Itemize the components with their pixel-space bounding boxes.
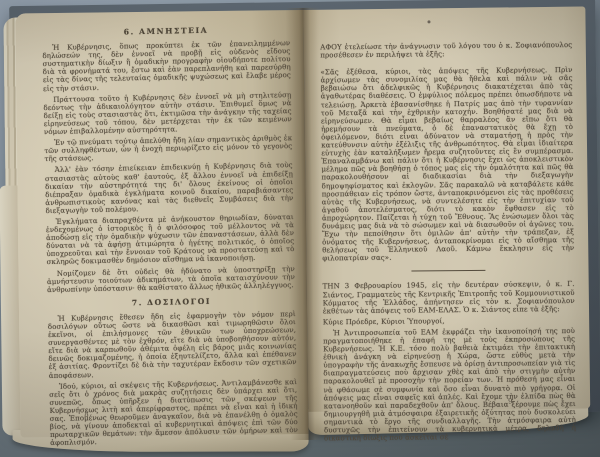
- paragraph: Ἡ Κυβέρνησις, ὅπως προκύπτει ἐκ τῶν ἐπαν…: [42, 39, 291, 93]
- paragraph: Ἐγκλήματα διαπραχθέντα μὲ ἀνήκουστον θηρ…: [46, 213, 295, 267]
- paragraph: Νομίζομεν δὲ ὅτι οὐδεὶς θὰ ἠδύνατο νὰ ὑπ…: [47, 265, 295, 294]
- paragraph: Ἀλλ' ἐὰν τόσην ἐπιείκειαν ἐπιδεικνύῃ ἡ Κ…: [45, 162, 294, 216]
- intro-paragraph: ΑΦΟΥ ἐτελείωσε τὴν ἀνάγνωσιν τοῦ λόγου τ…: [320, 41, 572, 60]
- section-divider-rule: [411, 270, 485, 272]
- right-page-text-column: ΑΦΟΥ ἐτελείωσε τὴν ἀνάγνωσιν τοῦ λόγου τ…: [320, 15, 576, 446]
- open-book: 6. ΑΜΝΗΣΤΕΙΑ Ἡ Κυβέρνησις, ὅπως προκύπτε…: [0, 0, 600, 455]
- page-number-left: 8: [84, 411, 89, 419]
- quoted-speech: «Σᾶς ἐξέθεσα, κύριοι, τὰς ἀπόψεις τῆς Κυ…: [320, 66, 574, 263]
- speech-paragraph: Ἡ Ἀντιπροσωπεία τοῦ ΕΑΜ ἐκφράζει τὴν ἱκα…: [323, 327, 576, 443]
- page-number-right: 9: [508, 397, 513, 405]
- paragraph: Ἐν τῷ πνεύματι τούτῳ ἀπελύθη ἤδη λίαν ση…: [44, 134, 292, 163]
- meeting-paragraph: ΤΗΝ 3 Φεβρουαρίου 1945, εἰς τὴν δευτέραν…: [323, 280, 575, 315]
- left-page-text-column: 6. ΑΜΝΗΣΤΕΙΑ Ἡ Κυβέρνησις, ὅπως προκύπτε…: [42, 25, 298, 450]
- paragraph: Πράττουσα τοῦτο ἡ Κυβέρνησις δὲν ἐννοεῖ …: [43, 91, 292, 136]
- book-photograph: 6. ΑΜΝΗΣΤΕΙΑ Ἡ Κυβέρνησις, ὅπως προκύπτε…: [0, 0, 600, 457]
- section-heading-collaborators: 7. ΔΟΣΙΛΟΓΟΙ: [47, 296, 295, 309]
- paragraph: Ἡ Κυβέρνησις ἔθεσεν ἤδη εἰς ἐφαρμογὴν τὸ…: [48, 310, 297, 380]
- salutation-line: Κύριε Πρόεδρε, Κύριοι Ὑπουργοί,: [323, 316, 575, 327]
